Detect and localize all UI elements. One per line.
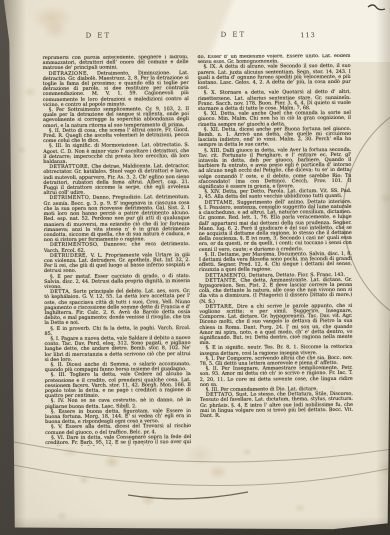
- dictionary-paragraph: DETTANTE, Che detta, Ammaestrante. Lat. …: [199, 278, 352, 305]
- dictionary-paragraph: §. IX. A detta di alcuno, vale Secondo i…: [198, 64, 351, 91]
- dictionary-paragraph: §. III. In signific. di Mormorazione. La…: [43, 143, 189, 165]
- paragraph-text: §. II. Dettame, per Massima, Documento. …: [199, 251, 352, 274]
- text-column-left: reprimersi con parola antecedente, spegn…: [43, 55, 192, 446]
- dictionary-paragraph: DETTARE, Dire a chi scrive le parole app…: [199, 304, 352, 347]
- paragraph-text: Danno, Pregiudizio. Lat. detrimentum. Gr…: [44, 195, 190, 244]
- paragraph-text: Dire a chi scrive le parole appunto, che…: [199, 303, 352, 346]
- dictionary-paragraph: §. Per Sottraimento semplicemente. Cr. 9…: [43, 107, 189, 129]
- running-head-left: D ET: [68, 31, 128, 39]
- photo-background: D ET D ET 113 reprimersi con parola ante…: [0, 0, 390, 535]
- dictionary-paragraph: DETTAME, Suggerimento dell' animo, Detta…: [199, 200, 352, 253]
- dictionary-paragraph: §. II. Dettame, per Massima, Documento. …: [199, 252, 352, 274]
- dictionary-paragraph: §. XIII. Dalli giuoco in detta, vale Ave…: [198, 148, 351, 191]
- dictionary-paragraph: DETRAZIONE, Detraimento, Diminuzione. La…: [43, 71, 189, 108]
- paragraph-text: §. XIII. Dalli giuoco in detta, vale Ave…: [198, 147, 351, 190]
- dictionary-paragraph: DETTATO, Sust. Lo stesso, che Dettatura,…: [200, 392, 353, 419]
- paragraph-text: Sorte principale del debito. Lat. aes, s…: [44, 288, 190, 326]
- printed-page-content: D ET D ET 113 reprimersi con parola ante…: [0, 0, 390, 535]
- paragraph-text: §. IX. A detta di alcuno, vale Secondo i…: [198, 63, 351, 91]
- paragraph-text: §. VI. Dare in detta, vale Consegnare so…: [45, 434, 191, 446]
- paragraph-text: Che detrae, Maldicente. Lat. detractor, …: [43, 163, 189, 196]
- page-number: 113: [300, 31, 315, 39]
- dictionary-paragraph: DETRIMENTO, Danno, Pregiudizio. Lat. det…: [44, 196, 190, 244]
- dictionary-paragraph: DETTA, Sorte principale del debito. Lat.…: [44, 289, 190, 326]
- book-page: D ET D ET 113 reprimersi con parola ante…: [0, 0, 390, 535]
- dictionary-paragraph: §. II. Per Insegnare, Ammaestrare sempli…: [200, 366, 353, 388]
- paragraph-text: Detraimento, Diminuzione. Lat. detractio…: [43, 70, 189, 108]
- paragraph-text: §. I. Pagare a nuova detta, vale Saldare…: [45, 335, 191, 363]
- paragraph-text: §. Per Sottraimento semplicemente. Cr. 9…: [43, 106, 189, 129]
- dictionary-paragraph: §. VI. Dare in detta, vale Consegnare so…: [45, 435, 191, 446]
- dictionary-paragraph: §. III. Togliere la detta, vale Cedere a…: [45, 372, 191, 399]
- dictionary-paragraph: DETRATTORE, Che detrae, Maldicente. Lat.…: [43, 164, 189, 196]
- paragraph-text: §. III. In signific. di Mormorazione. La…: [43, 142, 189, 165]
- dictionary-paragraph: §. XII. Detta, dicesi anche per Buona fo…: [198, 127, 351, 149]
- text-column-right: do, Esser d' un medesimo volere, Essere …: [198, 54, 354, 445]
- paragraph-text: §. III. Togliere la detta, vale Cedere a…: [45, 371, 191, 399]
- running-head-right: D ET: [203, 31, 263, 39]
- paragraph-text: §. II. Per Insegnare, Ammaestrare sempli…: [200, 365, 353, 388]
- dictionary-paragraph: §. X. Stornare a detta, vale Quotarsi al…: [198, 90, 351, 112]
- paragraph-text: §. X. Stornare a detta, vale Quotarsi al…: [198, 89, 351, 112]
- dictionary-paragraph: DETRUDERE, V. L. Propriamente vale Urtar…: [44, 253, 190, 275]
- paragraph-text: Suggerimento dell' animo, Dettato interi…: [199, 199, 352, 253]
- dictionary-paragraph: §. I. Pagare a nuova detta, vale Saldare…: [44, 336, 190, 363]
- paragraph-text: §. XII. Detta, dicesi anche per Buona fo…: [198, 126, 351, 149]
